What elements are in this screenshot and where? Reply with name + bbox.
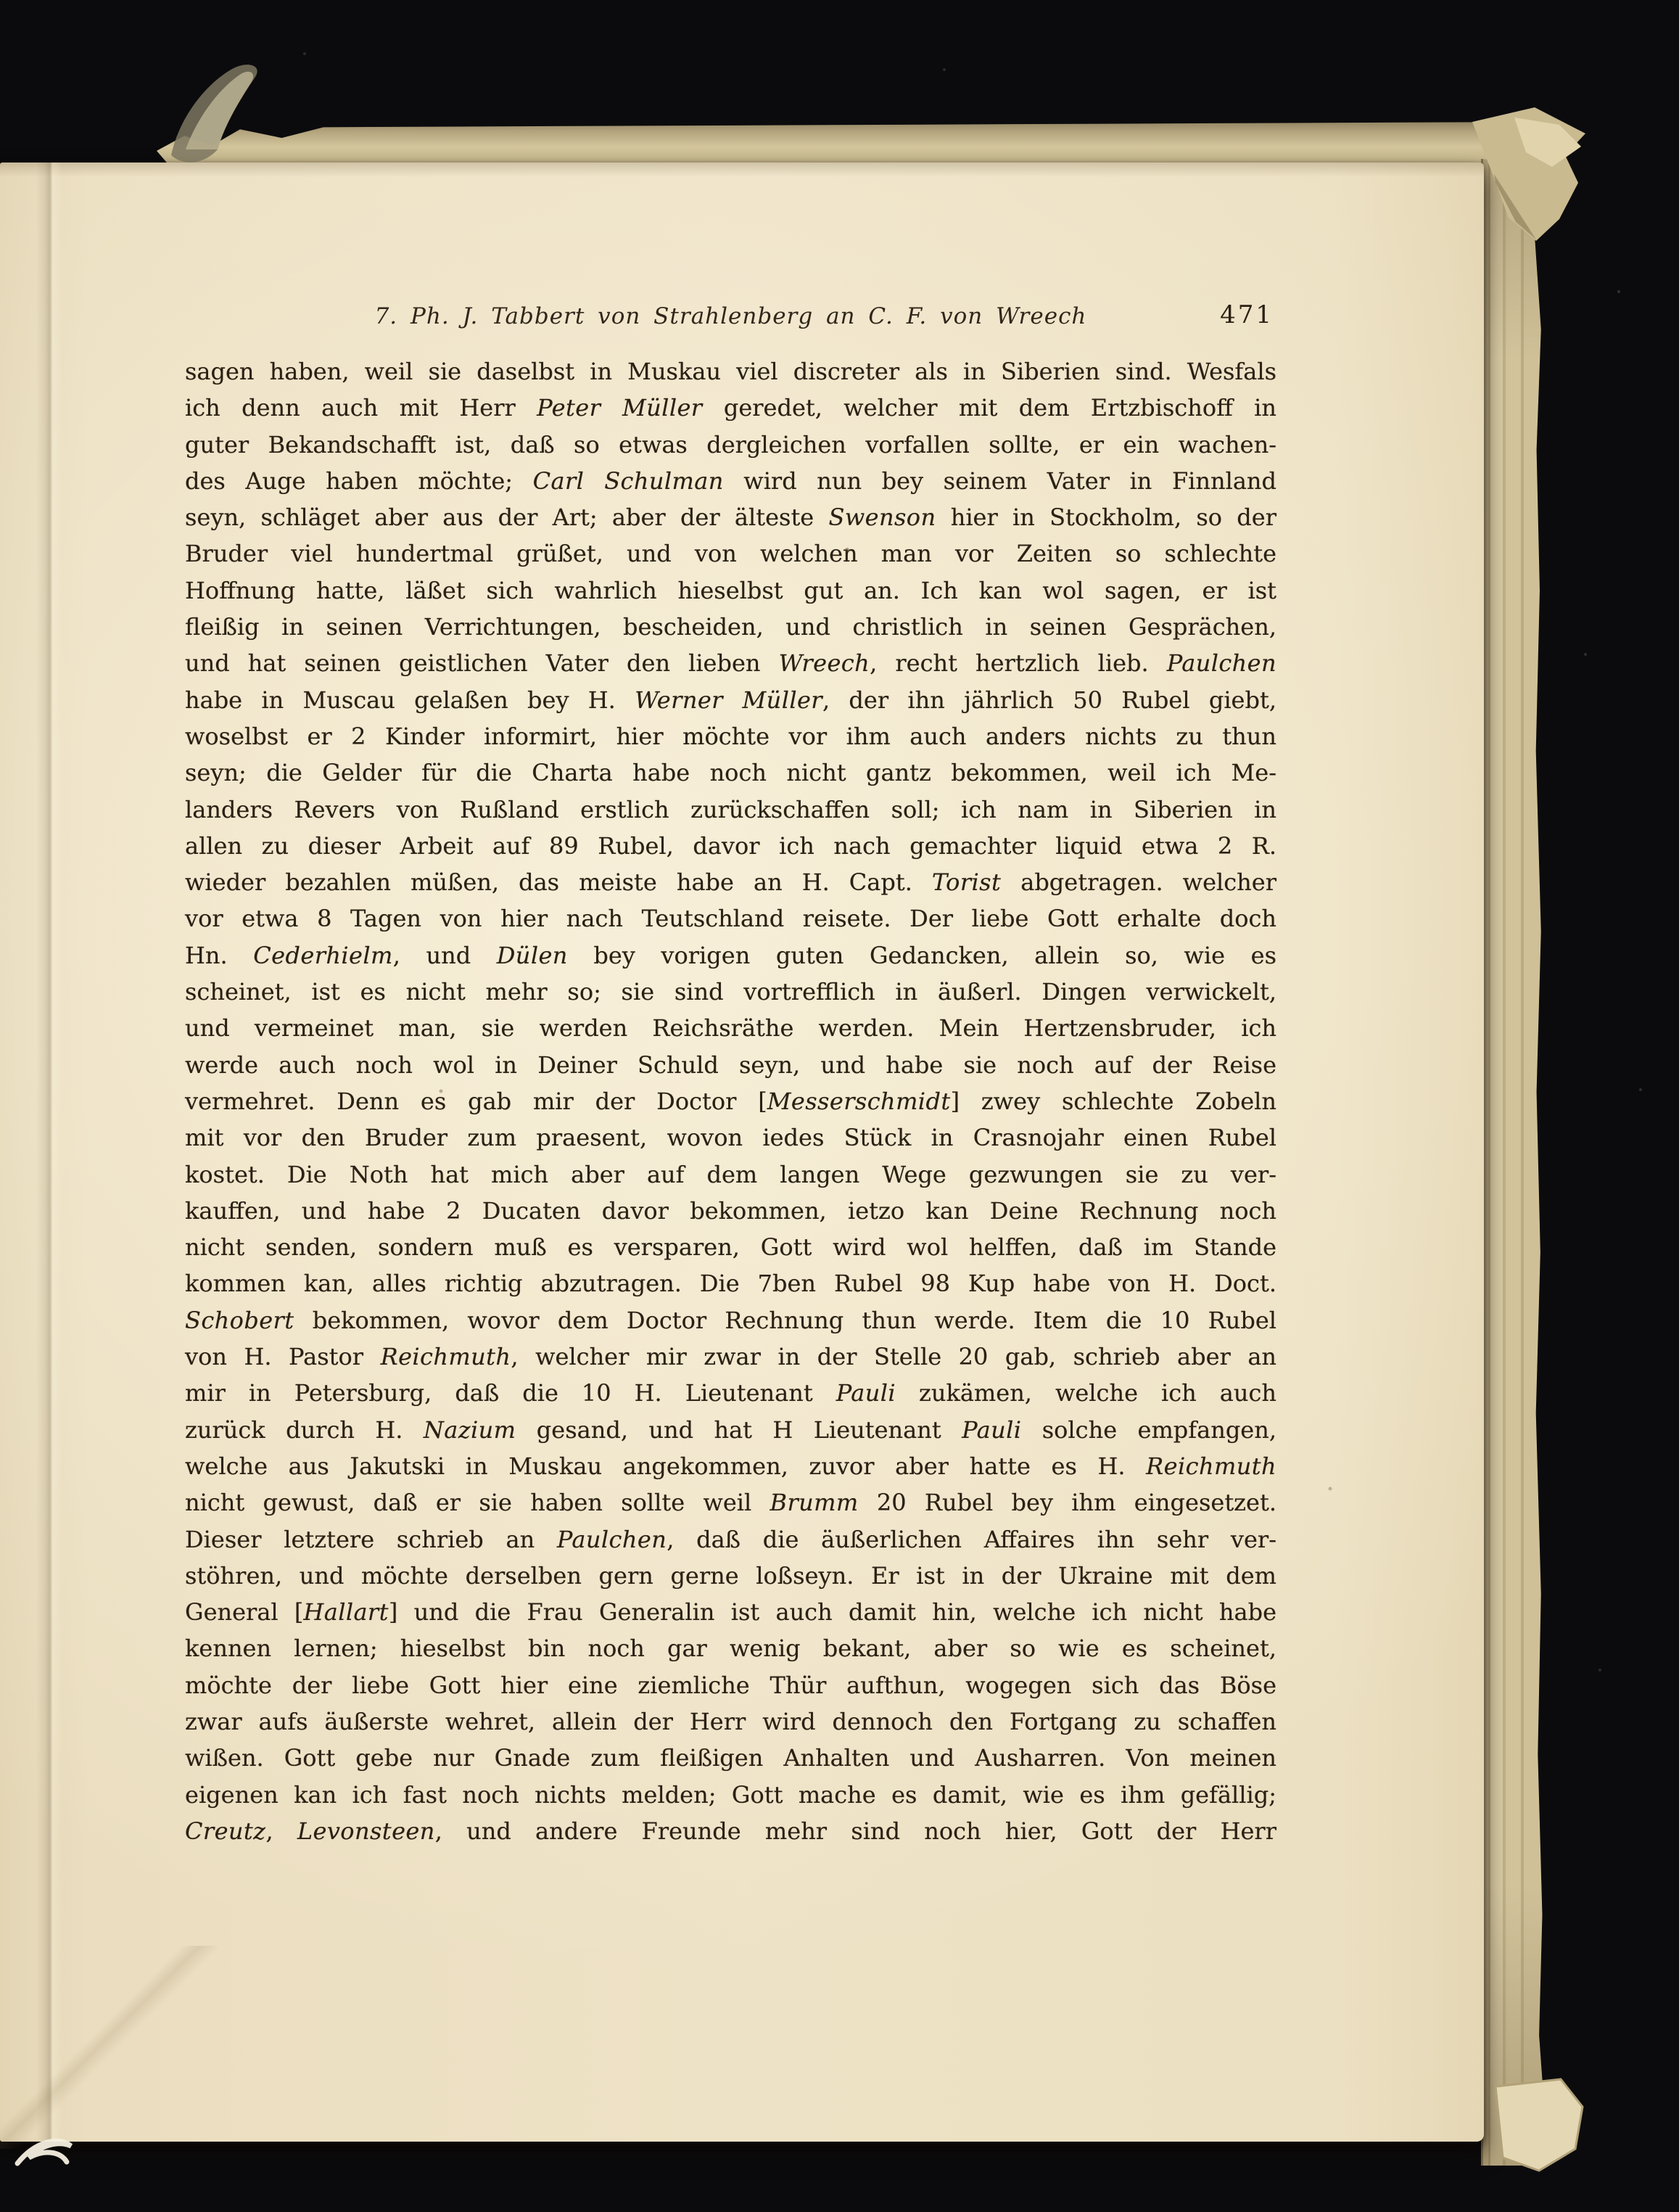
text-line: guter Bekandschafft ist, daß so etwas de…: [185, 427, 1276, 463]
text-line: sagen haben, weil sie daselbst in Muskau…: [185, 353, 1276, 390]
text-line: ich denn auch mit Herr Peter Müller gere…: [185, 390, 1276, 426]
text-line: nicht gewust, daß er sie haben sollte we…: [185, 1484, 1276, 1521]
book-page: 7. Ph. J. Tabbert von Strahlenberg an C.…: [0, 163, 1484, 2142]
text-line: Dieser letztere schrieb an Paulchen, daß…: [185, 1521, 1276, 1558]
text-line: eigenen kan ich fast noch nichts melden;…: [185, 1777, 1276, 1813]
text-line: scheinet, ist es nicht mehr so; sie sind…: [185, 974, 1276, 1010]
text-line: und hat seinen geistlichen Vater den lie…: [185, 645, 1276, 681]
text-line: stöhren, und möchte derselben gern gerne…: [185, 1558, 1276, 1594]
text-line: woselbst er 2 Kinder informirt, hier möc…: [185, 718, 1276, 755]
text-line: zwar aufs äußerste wehret, allein der He…: [185, 1703, 1276, 1740]
dust-speck: [1598, 1669, 1601, 1672]
text-line: vermehret. Denn es gab mir der Doctor [M…: [185, 1083, 1276, 1119]
running-header-title: 7. Ph. J. Tabbert von Strahlenberg an C.…: [185, 297, 1276, 335]
text-line: seyn; die Gelder für die Charta habe noc…: [185, 755, 1276, 791]
text-line: General [Hallart] und die Frau Generalin…: [185, 1594, 1276, 1630]
text-line: und vermeinet man, sie werden Reichsräth…: [185, 1010, 1276, 1046]
page-number: 471: [1220, 296, 1274, 334]
text-line: Hoffnung hatte, läßet sich wahrlich hies…: [185, 572, 1276, 609]
page-fore-edge-stack: [1481, 159, 1545, 2166]
text-line: kauffen, und habe 2 Ducaten davor bekomm…: [185, 1193, 1276, 1229]
text-line: Bruder viel hundertmal grüßet, und von w…: [185, 535, 1276, 572]
text-line: landers Revers von Rußland erstlich zurü…: [185, 792, 1276, 828]
text-line: kennen lernen; hieselbst bin noch gar we…: [185, 1630, 1276, 1666]
text-line: mit vor den Bruder zum praesent, wovon i…: [185, 1119, 1276, 1156]
dust-speck: [303, 52, 306, 55]
book-scan: 7. Ph. J. Tabbert von Strahlenberg an C.…: [0, 0, 1679, 2212]
text-line: nicht senden, sondern muß es versparen, …: [185, 1229, 1276, 1265]
letter-body: sagen haben, weil sie daselbst in Muskau…: [185, 353, 1276, 1849]
text-line: kostet. Die Noth hat mich aber auf dem l…: [185, 1156, 1276, 1193]
text-line: vor etwa 8 Tagen von hier nach Teutschla…: [185, 900, 1276, 937]
text-line: möchte der liebe Gott hier eine ziemlich…: [185, 1667, 1276, 1703]
text-line: allen zu dieser Arbeit auf 89 Rubel, dav…: [185, 828, 1276, 864]
text-line: von H. Pastor Reichmuth, welcher mir zwa…: [185, 1339, 1276, 1375]
text-line: zurück durch H. Nazium gesand, und hat H…: [185, 1412, 1276, 1448]
text-line: werde auch noch wol in Deiner Schuld sey…: [185, 1047, 1276, 1083]
text-line: Creutz, Levonsteen, und andere Freunde m…: [185, 1813, 1276, 1849]
running-header: 7. Ph. J. Tabbert von Strahlenberg an C.…: [185, 297, 1276, 335]
text-line: welche aus Jakutski in Muskau angekommen…: [185, 1448, 1276, 1484]
text-line: seyn, schläget aber aus der Art; aber de…: [185, 499, 1276, 535]
text-line: wißen. Gott gebe nur Gnade zum fleißigen…: [185, 1740, 1276, 1776]
text-line: Hn. Cederhielm, und Dülen bey vorigen gu…: [185, 937, 1276, 974]
dust-speck: [1639, 1088, 1642, 1091]
dust-speck: [943, 68, 946, 71]
text-line: mir in Petersburg, daß die 10 H. Lieuten…: [185, 1375, 1276, 1411]
page-corner-crease: [0, 1946, 218, 2149]
text-line: wieder bezahlen müßen, das meiste habe a…: [185, 864, 1276, 900]
dust-speck: [1584, 653, 1587, 656]
text-line: habe in Muscau gelaßen bey H. Werner Mül…: [185, 682, 1276, 718]
text-line: des Auge haben möchte; Carl Schulman wir…: [185, 463, 1276, 499]
dust-speck: [1617, 290, 1620, 293]
page-crease: [36, 163, 62, 2142]
text-line: kommen kan, alles richtig abzutragen. Di…: [185, 1265, 1276, 1302]
text-line: fleißig in seinen Verrichtungen, beschei…: [185, 609, 1276, 645]
text-line: Schobert bekommen, wovor dem Doctor Rech…: [185, 1302, 1276, 1339]
